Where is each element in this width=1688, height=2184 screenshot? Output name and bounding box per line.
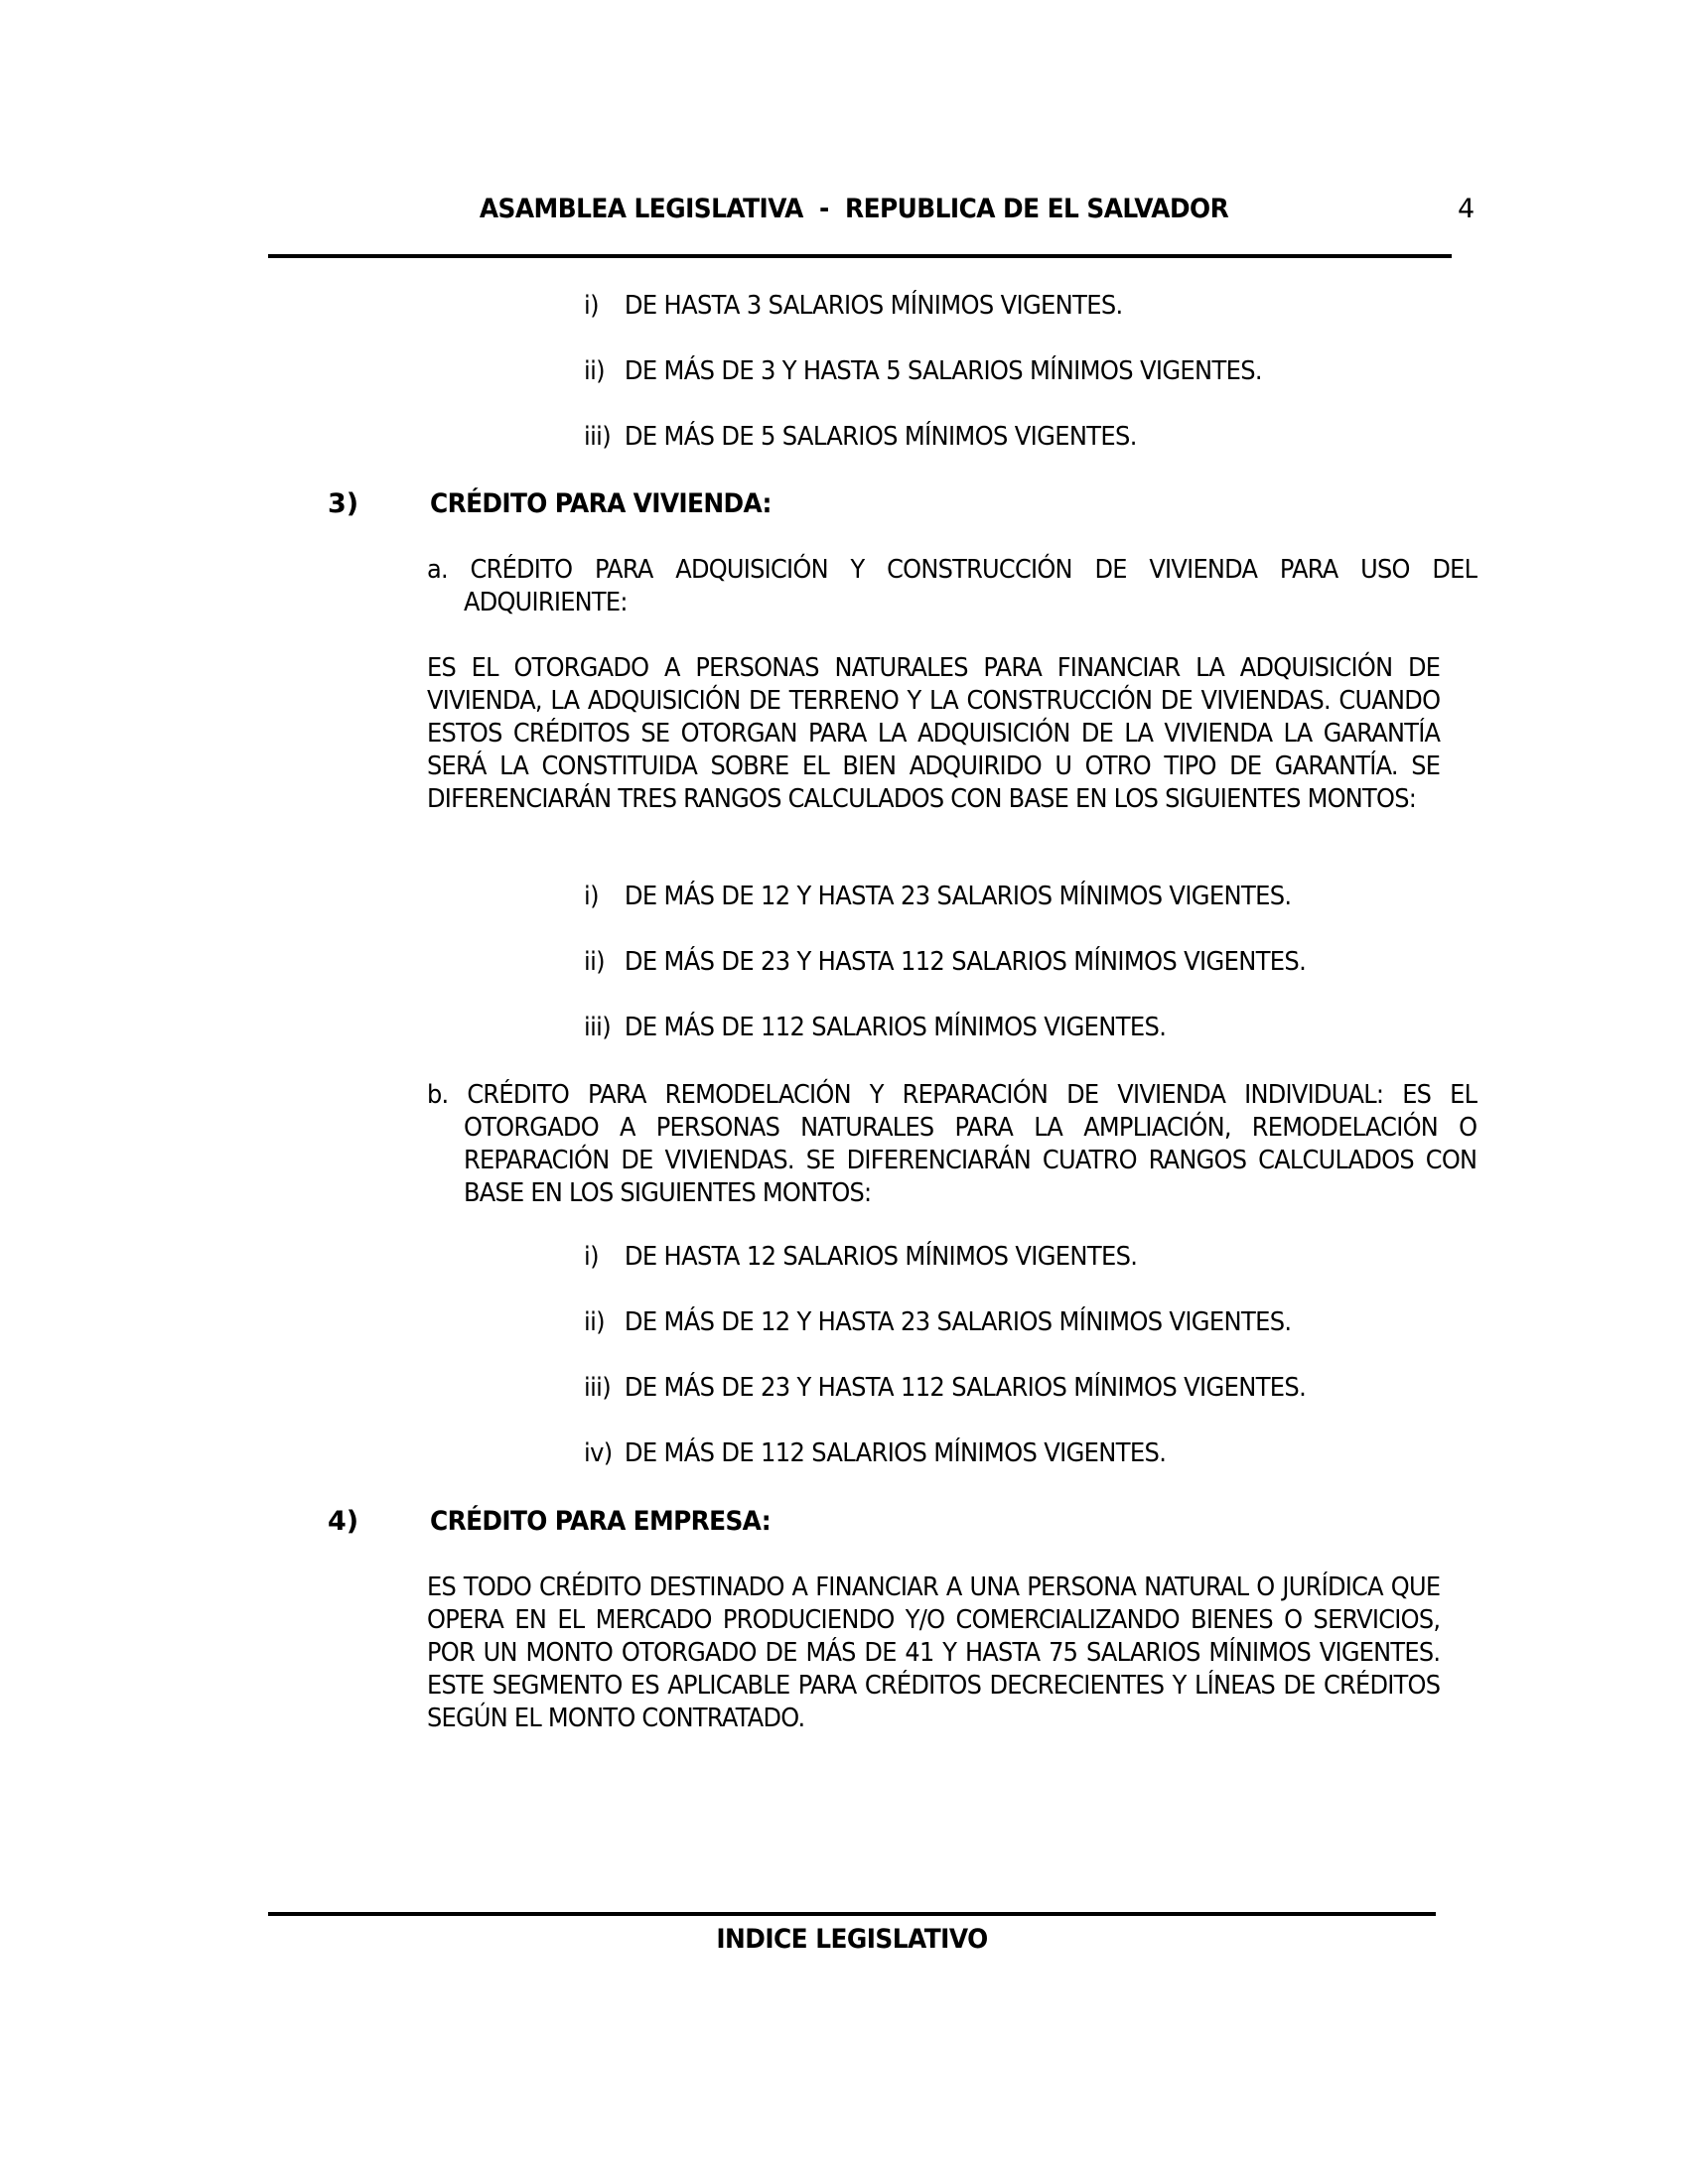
list-item: iii)DE MÁS DE 112 SALARIOS MÍNIMOS VIGEN… (584, 1013, 1166, 1042)
list-item-text: DE MÁS DE 3 Y HASTA 5 SALARIOS MÍNIMOS V… (625, 356, 1262, 386)
section-3-number: 3) (328, 488, 358, 519)
section-3a-paragraph: ES EL OTORGADO A PERSONAS NATURALES PARA… (427, 652, 1440, 816)
list-item: iii)DE MÁS DE 5 SALARIOS MÍNIMOS VIGENTE… (584, 422, 1137, 452)
section-4-title: CRÉDITO PARA EMPRESA: (430, 1506, 771, 1537)
list-marker: i) (584, 291, 625, 321)
header-divider (268, 254, 1452, 258)
list-item: ii)DE MÁS DE 3 Y HASTA 5 SALARIOS MÍNIMO… (584, 356, 1262, 386)
list-item: i)DE HASTA 3 SALARIOS MÍNIMOS VIGENTES. (584, 291, 1123, 321)
list-marker: iv) (584, 1438, 625, 1468)
section-3-title: CRÉDITO PARA VIVIENDA: (430, 488, 772, 519)
list-item: iii)DE MÁS DE 23 Y HASTA 112 SALARIOS MÍ… (584, 1373, 1306, 1403)
list-item-text: DE MÁS DE 112 SALARIOS MÍNIMOS VIGENTES. (625, 1013, 1166, 1042)
list-marker: iii) (584, 422, 625, 452)
section-4-paragraph: ES TODO CRÉDITO DESTINADO A FINANCIAR A … (427, 1571, 1440, 1735)
section-3b-heading: b. CRÉDITO PARA REMODELACIÓN Y REPARACIÓ… (427, 1079, 1477, 1210)
section-3a-heading: a. CRÉDITO PARA ADQUISICIÓN Y CONSTRUCCI… (427, 554, 1477, 619)
list-item-text: DE MÁS DE 112 SALARIOS MÍNIMOS VIGENTES. (625, 1438, 1166, 1468)
list-item: i)DE MÁS DE 12 Y HASTA 23 SALARIOS MÍNIM… (584, 882, 1291, 911)
list-item-text: DE MÁS DE 23 Y HASTA 112 SALARIOS MÍNIMO… (625, 947, 1306, 977)
list-item-text: DE MÁS DE 12 Y HASTA 23 SALARIOS MÍNIMOS… (625, 882, 1292, 911)
footer-divider (268, 1912, 1436, 1916)
list-marker: iii) (584, 1013, 625, 1042)
list-marker: i) (584, 1242, 625, 1272)
list-marker: ii) (584, 1307, 625, 1337)
list-marker: ii) (584, 947, 625, 977)
list-item-text: DE HASTA 3 SALARIOS MÍNIMOS VIGENTES. (625, 291, 1123, 321)
list-item: ii)DE MÁS DE 23 Y HASTA 112 SALARIOS MÍN… (584, 947, 1306, 977)
list-item-text: DE MÁS DE 5 SALARIOS MÍNIMOS VIGENTES. (625, 422, 1137, 452)
page-header-title: ASAMBLEA LEGISLATIVA - REPUBLICA DE EL S… (315, 194, 1393, 224)
list-item-text: DE MÁS DE 23 Y HASTA 112 SALARIOS MÍNIMO… (625, 1373, 1306, 1403)
footer-title: INDICE LEGISLATIVO (315, 1924, 1389, 1955)
list-item: i)DE HASTA 12 SALARIOS MÍNIMOS VIGENTES. (584, 1242, 1137, 1272)
page-number: 4 (1458, 194, 1475, 224)
list-item: iv)DE MÁS DE 112 SALARIOS MÍNIMOS VIGENT… (584, 1438, 1166, 1468)
section-4-number: 4) (328, 1506, 358, 1537)
list-marker: i) (584, 882, 625, 911)
list-item-text: DE MÁS DE 12 Y HASTA 23 SALARIOS MÍNIMOS… (625, 1307, 1292, 1337)
list-item: ii)DE MÁS DE 12 Y HASTA 23 SALARIOS MÍNI… (584, 1307, 1291, 1337)
list-marker: iii) (584, 1373, 625, 1403)
list-marker: ii) (584, 356, 625, 386)
list-item-text: DE HASTA 12 SALARIOS MÍNIMOS VIGENTES. (625, 1242, 1137, 1272)
